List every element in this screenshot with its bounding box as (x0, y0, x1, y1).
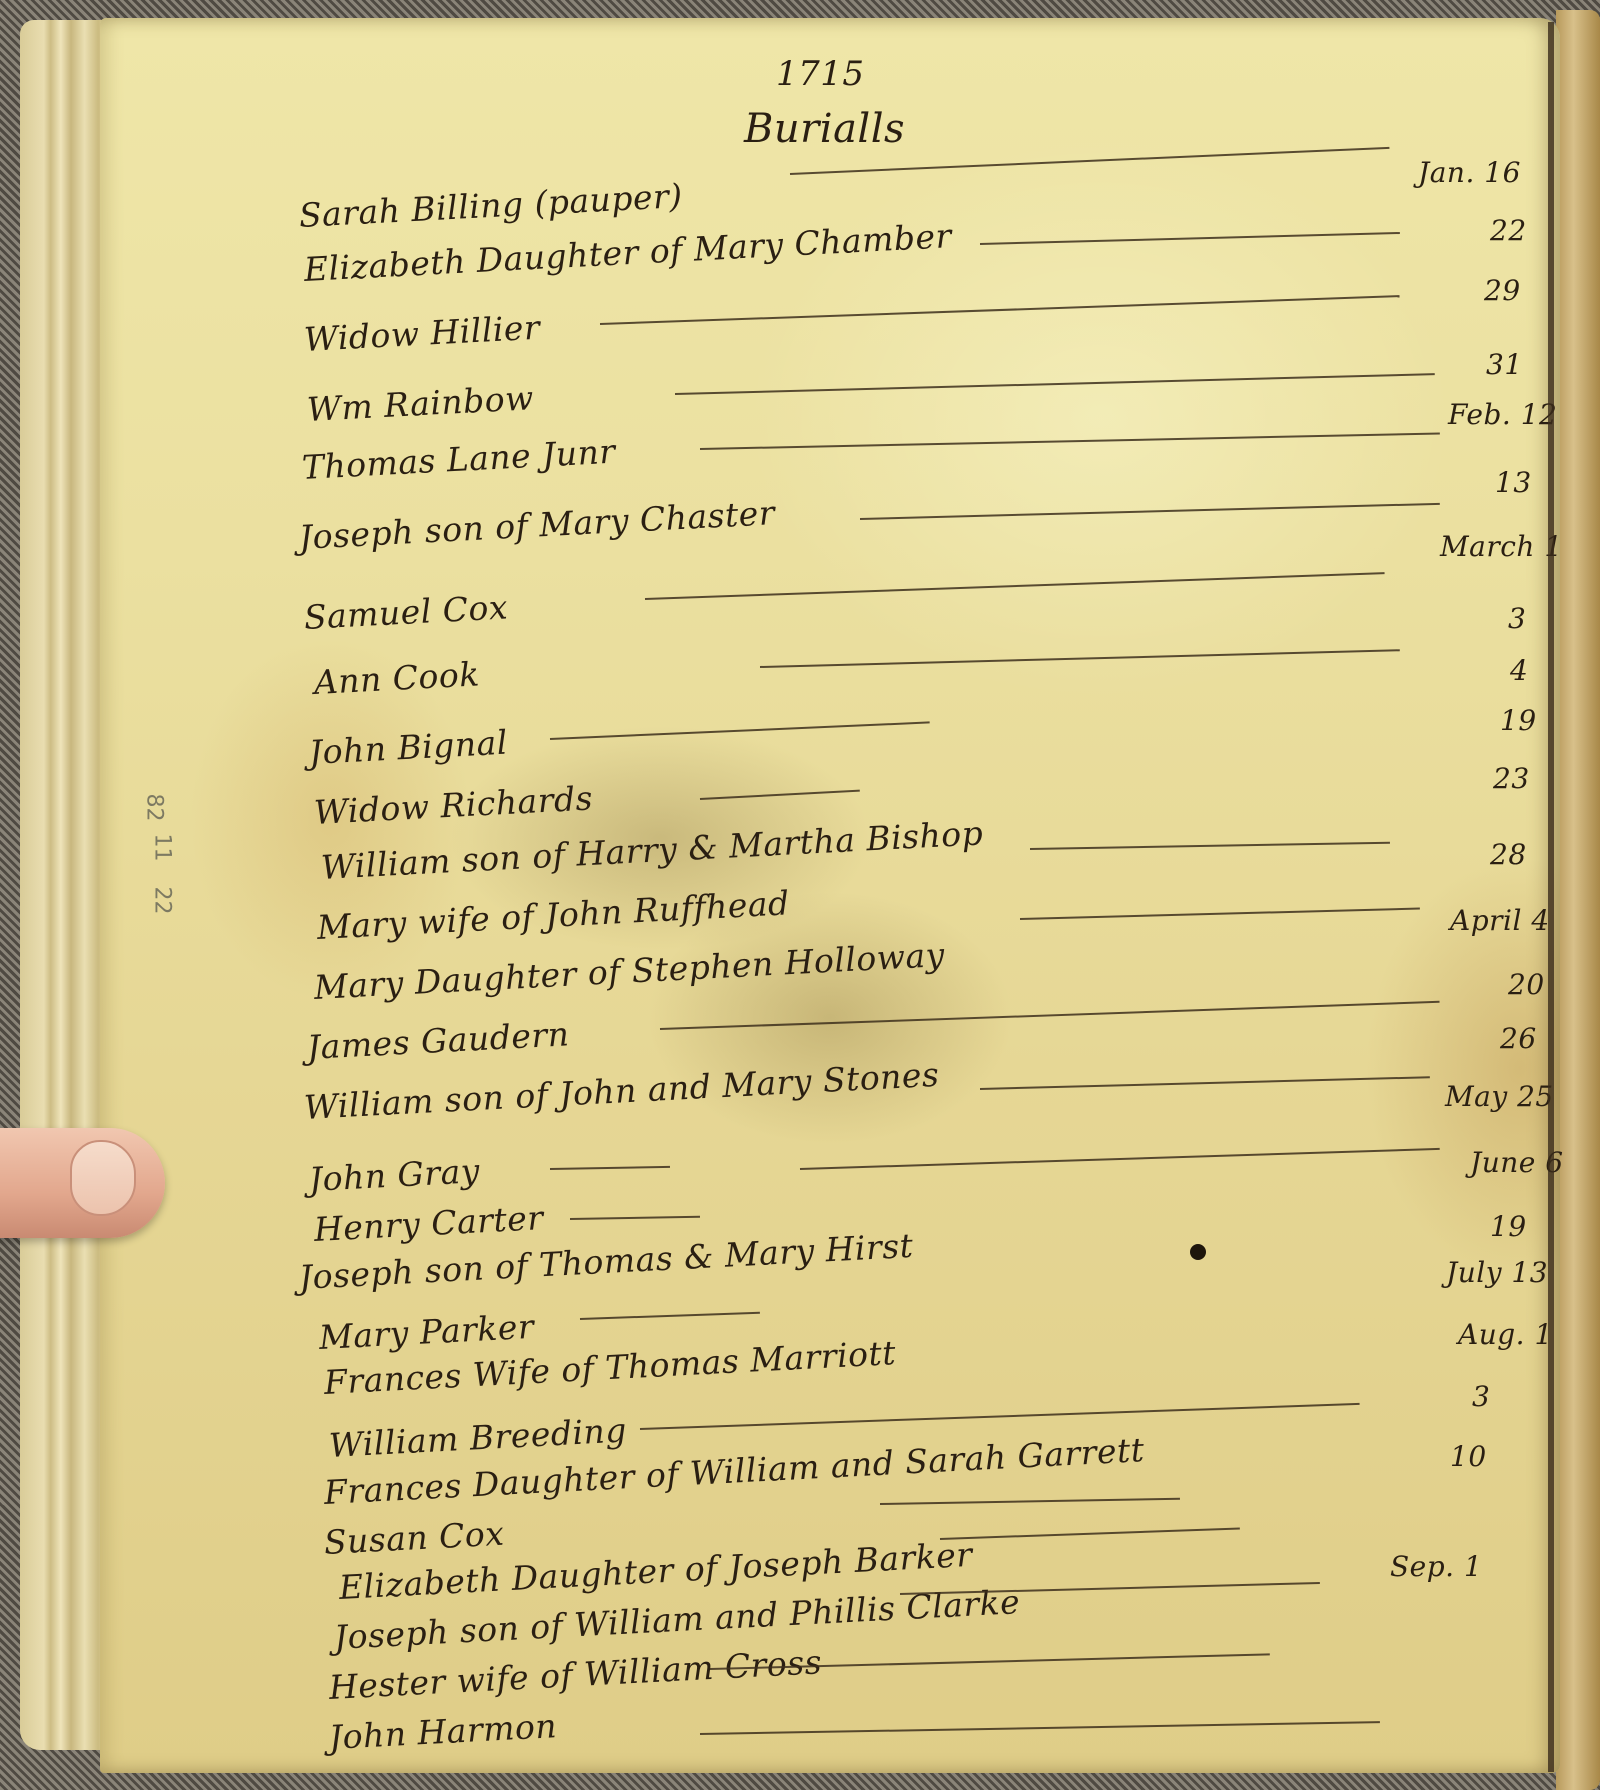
entry-rule (1030, 842, 1390, 850)
entry-date: Jan. 16 (1418, 156, 1521, 189)
entry-rule (700, 433, 1440, 450)
entry-date: 3 (1472, 1380, 1490, 1413)
page-gutter (1548, 22, 1554, 1772)
entry-name: John Harmon (328, 1706, 558, 1757)
entry-name: Joseph son of Mary Chaster (298, 493, 776, 557)
entry-name: Thomas Lane Junr (301, 432, 617, 487)
entry-name: Ann Cook (313, 654, 481, 702)
entry-rule (980, 1076, 1430, 1090)
finger (0, 1128, 165, 1238)
entry-date: 19 (1490, 1210, 1527, 1243)
entry-date: 10 (1450, 1440, 1487, 1473)
entry-date: July 13 (1446, 1256, 1548, 1289)
margin-mark: 11 (150, 834, 175, 862)
book-cover-edge (1556, 10, 1600, 1790)
entry-rule (700, 1721, 1380, 1735)
entry-rule (675, 373, 1435, 395)
entry-rule (600, 295, 1400, 325)
entry-date: Sep. 1 (1390, 1550, 1482, 1583)
entry-rule (860, 503, 1440, 520)
entry-rule (550, 1166, 670, 1170)
entry-name: Mary wife of John Ruffhead (316, 883, 791, 947)
entry-name: John Bignal (308, 723, 509, 772)
entry-name: John Gray (308, 1151, 481, 1199)
entry-rule (700, 790, 860, 800)
entry-date: 22 (1490, 214, 1527, 247)
entry-date: May 25 (1445, 1080, 1554, 1113)
entry-rule (760, 649, 1400, 668)
entry-name: Mary Parker (318, 1307, 535, 1357)
entry-rule (940, 1528, 1240, 1540)
entry-name: Susan Cox (323, 1514, 505, 1562)
margin-mark: 82 (142, 794, 167, 822)
entry-date: 20 (1508, 968, 1545, 1001)
page-year: 1715 (776, 54, 865, 94)
entry-name: William Breeding (328, 1410, 628, 1465)
entry-date: 13 (1495, 466, 1532, 499)
entry-date: March 1 (1440, 530, 1563, 563)
entry-rule (640, 1403, 1360, 1430)
entry-name: Widow Hillier (303, 308, 541, 359)
page-heading: Burialls (744, 106, 905, 152)
entry-name: Mary Daughter of Stephen Holloway (313, 935, 946, 1007)
entry-date: 29 (1484, 274, 1521, 307)
entry-date: Feb. 12 (1448, 398, 1557, 431)
ink-blot (1190, 1244, 1206, 1260)
entry-date: Aug. 1 (1458, 1318, 1553, 1351)
entry-date: 31 (1486, 348, 1523, 381)
entry-rule (645, 572, 1385, 600)
entry-rule (880, 1498, 1180, 1505)
entry-name: Samuel Cox (303, 587, 509, 637)
entry-date: 28 (1490, 838, 1527, 871)
margin-mark: 22 (150, 887, 175, 915)
entry-rule (800, 1148, 1440, 1170)
entry-rule (660, 1001, 1440, 1030)
entry-date: 4 (1510, 654, 1528, 687)
entry-name: Henry Carter (313, 1198, 544, 1249)
entry-rule (580, 1312, 760, 1320)
entry-date: 19 (1500, 704, 1537, 737)
entry-date: 23 (1493, 762, 1530, 795)
entry-date: 3 (1508, 602, 1526, 635)
entry-rule (550, 721, 930, 740)
entry-name: William son of John and Mary Stones (303, 1055, 940, 1127)
entry-date: 26 (1500, 1022, 1537, 1055)
entry-name: James Gaudern (306, 1014, 570, 1067)
entry-date: April 4 (1450, 904, 1550, 937)
entry-rule (1020, 908, 1420, 920)
entry-name: Wm Rainbow (306, 378, 535, 429)
entry-rule (980, 232, 1400, 245)
register-page: 1715 Burialls Sarah Billing (pauper) Eli… (100, 18, 1560, 1773)
fingernail (70, 1140, 136, 1216)
entry-name: Widow Richards (313, 778, 594, 832)
entry-rule (570, 1216, 700, 1220)
entry-name: Sarah Billing (pauper) (298, 176, 684, 235)
